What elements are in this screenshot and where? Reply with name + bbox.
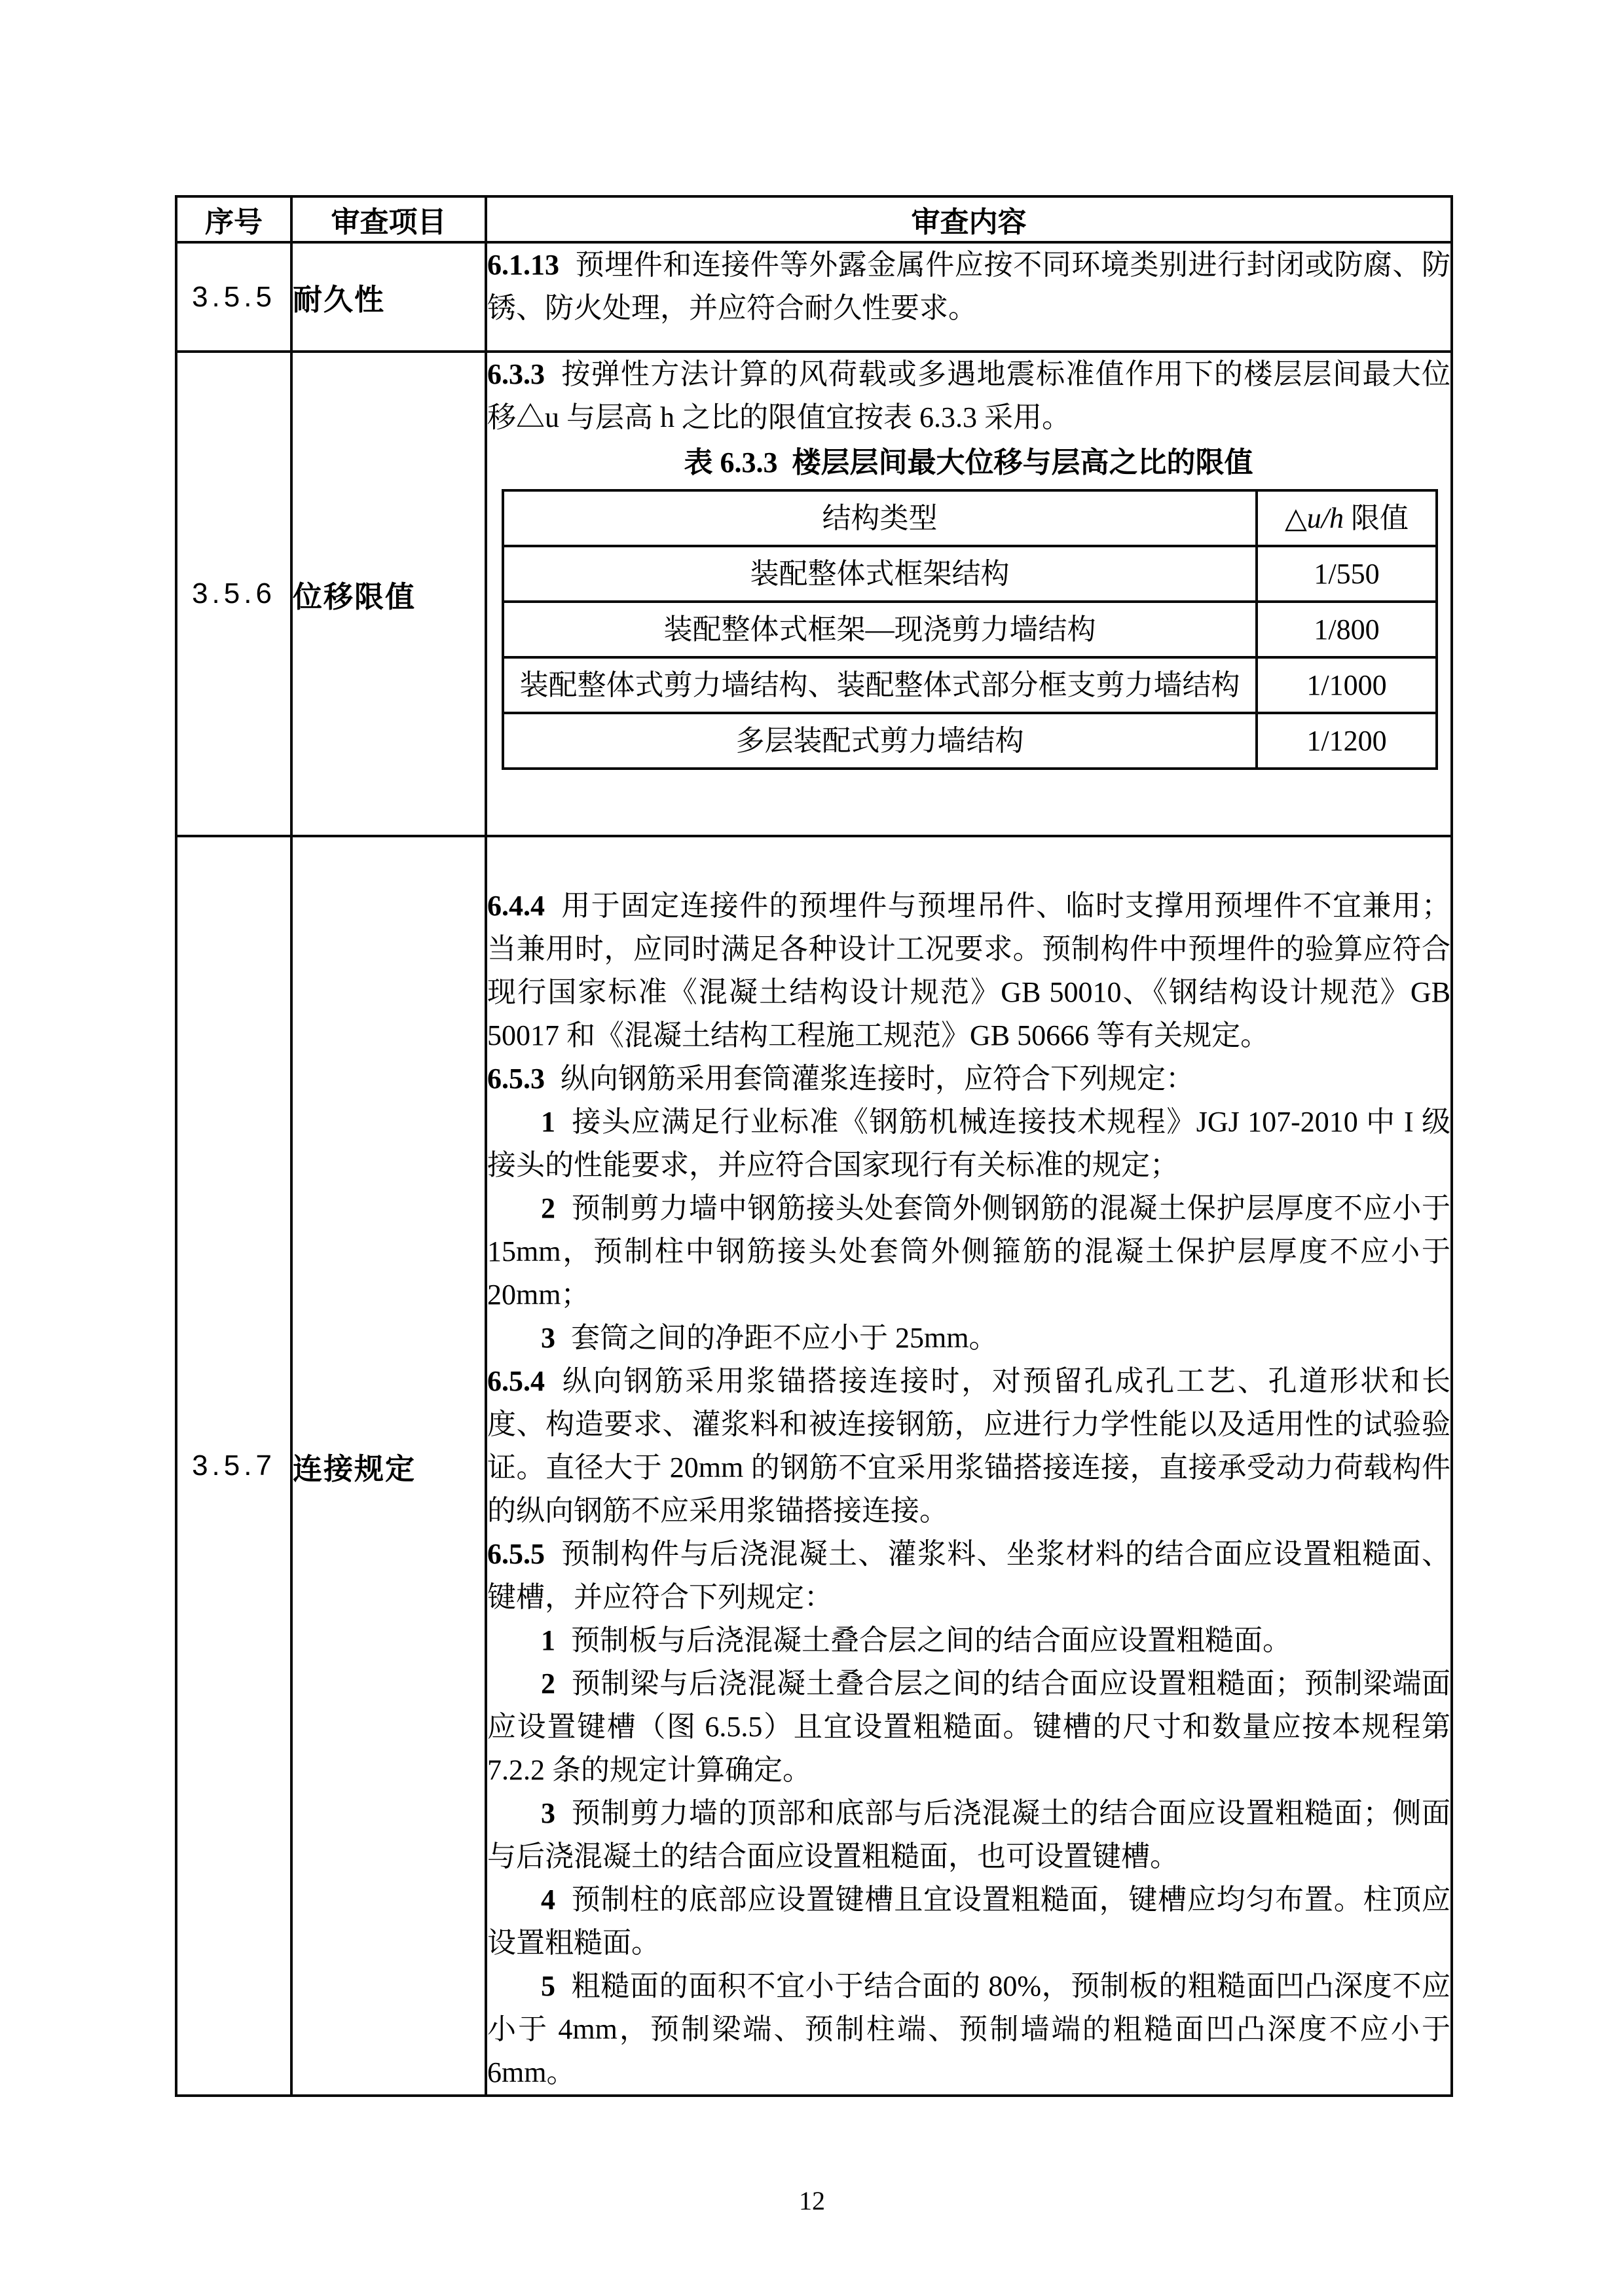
sub-item-paragraph: 1预制板与后浇混凝土叠合层之间的结合面应设置粗糙面。 — [487, 1619, 1450, 1662]
inner-table-caption-number: 表 6.3.3 — [684, 446, 778, 479]
header-seq: 序号 — [176, 196, 291, 242]
limit-value: 1/1200 — [1257, 713, 1437, 769]
drift-limit-header-limit: △u/h 限值 — [1257, 490, 1437, 546]
header-content: 审查内容 — [486, 196, 1452, 242]
inner-table-caption-title: 楼层层间最大位移与层高之比的限值 — [792, 446, 1253, 479]
row-content: 6.4.4用于固定连接件的预埋件与预埋吊件、临时支撑用预埋件不宜兼用；当兼用时，… — [486, 836, 1452, 2096]
limit-label: 限值 — [1351, 502, 1409, 534]
structure-type: 装配整体式剪力墙结构、装配整体式部分框支剪力墙结构 — [503, 657, 1257, 713]
clause-number: 6.1.13 — [487, 249, 559, 281]
row-content: 6.3.3按弹性方法计算的风荷载或多遇地震标准值作用下的楼层层间最大位移△u 与… — [486, 352, 1452, 836]
sub-item-paragraph: 2预制梁与后浇混凝土叠合层之间的结合面应设置粗糙面；预制梁端面应设置键槽（图 6… — [487, 1662, 1450, 1792]
page-number: 12 — [0, 2185, 1624, 2216]
clause-paragraph: 6.3.3按弹性方法计算的风荷载或多遇地震标准值作用下的楼层层间最大位移△u 与… — [487, 353, 1450, 439]
clause-text: 预埋件和连接件等外露金属件应按不同环境类别进行封闭或防腐、防锈、防火处理，并应符… — [487, 249, 1450, 324]
clause-number: 6.5.3 — [487, 1063, 545, 1095]
row-content: 6.1.13预埋件和连接件等外露金属件应按不同环境类别进行封闭或防腐、防锈、防火… — [486, 242, 1452, 352]
clause-number: 6.3.3 — [487, 358, 545, 390]
clause-number: 6.5.4 — [487, 1365, 545, 1397]
item-number: 5 — [541, 1970, 555, 2002]
table-row: 3.5.5 耐久性 6.1.13预埋件和连接件等外露金属件应按不同环境类别进行封… — [176, 242, 1452, 352]
row-id: 3.5.6 — [176, 352, 291, 836]
clause-paragraph: 6.5.5预制构件与后浇混凝土、灌浆料、坐浆材料的结合面应设置粗糙面、键槽，并应… — [487, 1533, 1450, 1619]
sub-item-paragraph: 4预制柱的底部应设置键槽且宜设置粗糙面，键槽应均匀布置。柱顶应设置粗糙面。 — [487, 1878, 1450, 1965]
document-page: 序号 审查项目 审查内容 3.5.5 耐久性 6.1.13预埋件和连接件等外露金… — [0, 0, 1624, 2296]
sub-item-paragraph: 1接头应满足行业标准《钢筋机械连接技术规程》JGJ 107-2010 中 I 级… — [487, 1101, 1450, 1187]
item-number: 2 — [541, 1667, 555, 1700]
drift-limit-header-type: 结构类型 — [503, 490, 1257, 546]
clause-number: 6.5.5 — [487, 1538, 545, 1570]
item-number: 4 — [541, 1884, 555, 1916]
limit-value: 1/1000 — [1257, 657, 1437, 713]
item-text: 预制剪力墙的顶部和底部与后浇混凝土的结合面应设置粗糙面；侧面与后浇混凝土的结合面… — [487, 1797, 1450, 1872]
clause-paragraph: 6.5.3纵向钢筋采用套筒灌浆连接时，应符合下列规定： — [487, 1057, 1450, 1101]
item-number: 3 — [541, 1797, 555, 1829]
inner-table-caption: 表 6.3.3楼层层间最大位移与层高之比的限值 — [502, 442, 1435, 484]
row-item-label: 耐久性 — [291, 242, 486, 352]
drift-limit-row: 装配整体式剪力墙结构、装配整体式部分框支剪力墙结构 1/1000 — [503, 657, 1437, 713]
table-header-row: 序号 审查项目 审查内容 — [176, 196, 1452, 242]
structure-type: 多层装配式剪力墙结构 — [503, 713, 1257, 769]
limit-value: 1/550 — [1257, 546, 1437, 602]
row-id: 3.5.5 — [176, 242, 291, 352]
item-text: 预制柱的底部应设置键槽且宜设置粗糙面，键槽应均匀布置。柱顶应设置粗糙面。 — [487, 1884, 1450, 1959]
drift-limit-row: 装配整体式框架—现浇剪力墙结构 1/800 — [503, 602, 1437, 657]
structure-type: 装配整体式框架—现浇剪力墙结构 — [503, 602, 1257, 657]
sub-item-paragraph: 2预制剪力墙中钢筋接头处套筒外侧钢筋的混凝土保护层厚度不应小于 15mm，预制柱… — [487, 1187, 1450, 1317]
clause-number: 6.4.4 — [487, 890, 545, 922]
item-number: 2 — [541, 1192, 555, 1224]
table-row: 3.5.6 位移限值 6.3.3按弹性方法计算的风荷载或多遇地震标准值作用下的楼… — [176, 352, 1452, 836]
row-id: 3.5.7 — [176, 836, 291, 2096]
item-text: 预制板与后浇混凝土叠合层之间的结合面应设置粗糙面。 — [571, 1624, 1291, 1656]
table-row: 3.5.7 连接规定 6.4.4用于固定连接件的预埋件与预埋吊件、临时支撑用预埋… — [176, 836, 1452, 2096]
row-item-label: 位移限值 — [291, 352, 486, 836]
clause-text: 按弹性方法计算的风荷载或多遇地震标准值作用下的楼层层间最大位移△u 与层高 h … — [487, 358, 1450, 433]
item-number: 1 — [541, 1106, 555, 1138]
sub-item-paragraph: 3套筒之间的净距不应小于 25mm。 — [487, 1317, 1450, 1360]
item-text: 预制剪力墙中钢筋接头处套筒外侧钢筋的混凝土保护层厚度不应小于 15mm，预制柱中… — [487, 1192, 1450, 1311]
item-text: 粗糙面的面积不宜小于结合面的 80%，预制板的粗糙面凹凸深度不应小于 4mm，预… — [487, 1970, 1450, 2088]
clause-paragraph: 6.4.4用于固定连接件的预埋件与预埋吊件、临时支撑用预埋件不宜兼用；当兼用时，… — [487, 884, 1450, 1057]
drift-limit-row: 装配整体式框架结构 1/550 — [503, 546, 1437, 602]
item-number: 3 — [541, 1322, 555, 1354]
drift-limit-table: 结构类型 △u/h 限值 装配整体式框架结构 1/550 装配整体式框架—现浇剪… — [502, 489, 1438, 770]
limit-variable: u/h — [1307, 502, 1344, 534]
sub-item-paragraph: 3预制剪力墙的顶部和底部与后浇混凝土的结合面应设置粗糙面；侧面与后浇混凝土的结合… — [487, 1792, 1450, 1878]
review-table: 序号 审查项目 审查内容 3.5.5 耐久性 6.1.13预埋件和连接件等外露金… — [175, 195, 1453, 2097]
structure-type: 装配整体式框架结构 — [503, 546, 1257, 602]
row-item-label: 连接规定 — [291, 836, 486, 2096]
limit-value: 1/800 — [1257, 602, 1437, 657]
item-number: 1 — [541, 1624, 555, 1656]
header-item: 审查项目 — [291, 196, 486, 242]
clause-paragraph: 6.1.13预埋件和连接件等外露金属件应按不同环境类别进行封闭或防腐、防锈、防火… — [487, 244, 1450, 330]
delta-symbol: △ — [1285, 502, 1307, 534]
drift-limit-header-row: 结构类型 △u/h 限值 — [503, 490, 1437, 546]
item-text: 接头应满足行业标准《钢筋机械连接技术规程》JGJ 107-2010 中 I 级接… — [487, 1106, 1450, 1181]
clause-text: 用于固定连接件的预埋件与预埋吊件、临时支撑用预埋件不宜兼用；当兼用时，应同时满足… — [487, 890, 1450, 1051]
clause-paragraph: 6.5.4纵向钢筋采用浆锚搭接连接时，对预留孔成孔工艺、孔道形状和长度、构造要求… — [487, 1360, 1450, 1533]
clause-text: 纵向钢筋采用浆锚搭接连接时，对预留孔成孔工艺、孔道形状和长度、构造要求、灌浆料和… — [487, 1365, 1450, 1527]
item-text: 预制梁与后浇混凝土叠合层之间的结合面应设置粗糙面；预制梁端面应设置键槽（图 6.… — [487, 1667, 1450, 1786]
clause-text: 纵向钢筋采用套筒灌浆连接时，应符合下列规定： — [561, 1063, 1194, 1095]
sub-item-paragraph: 5粗糙面的面积不宜小于结合面的 80%，预制板的粗糙面凹凸深度不应小于 4mm，… — [487, 1965, 1450, 2094]
drift-limit-row: 多层装配式剪力墙结构 1/1200 — [503, 713, 1437, 769]
item-text: 套筒之间的净距不应小于 25mm。 — [571, 1322, 997, 1354]
clause-text: 预制构件与后浇混凝土、灌浆料、坐浆材料的结合面应设置粗糙面、键槽，并应符合下列规… — [487, 1538, 1450, 1613]
